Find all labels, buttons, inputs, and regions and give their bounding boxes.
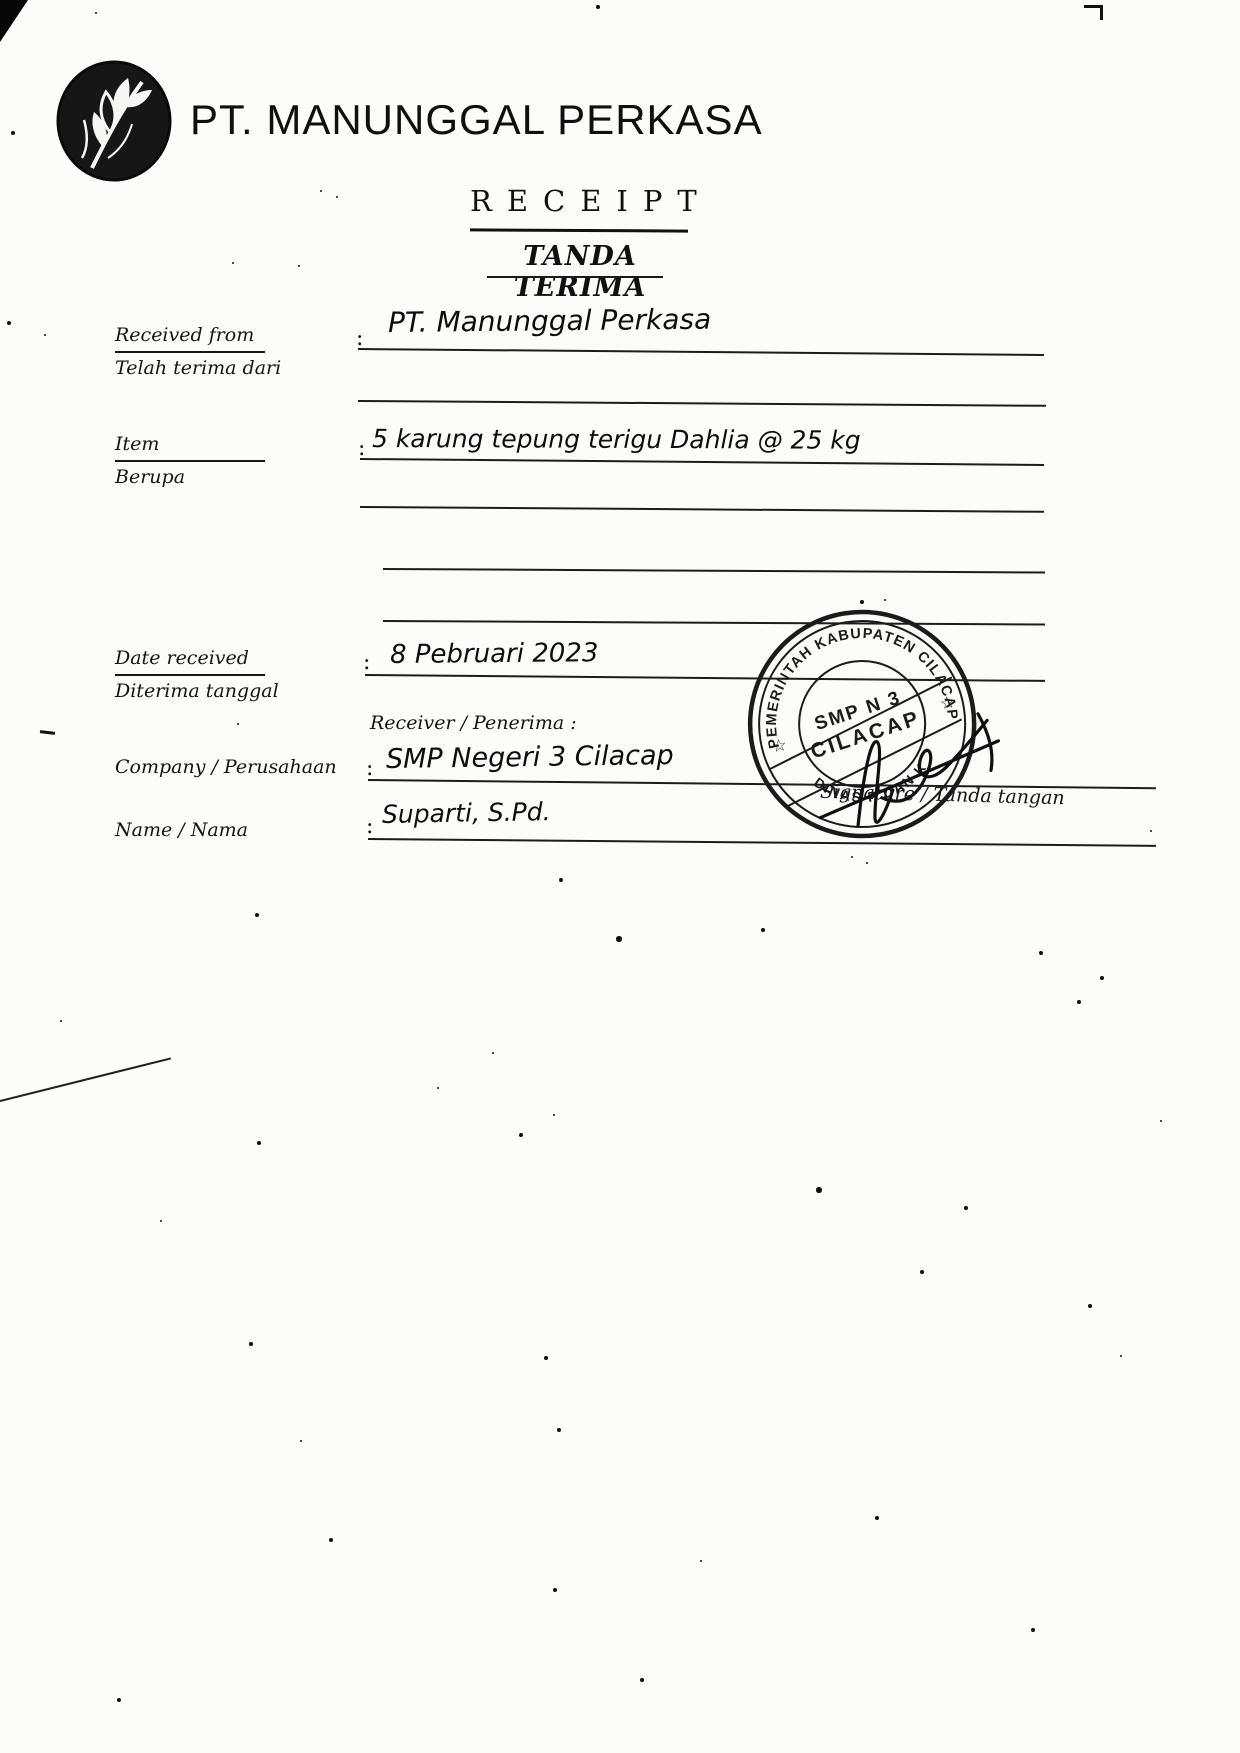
handwriting-received-from: PT. Manunggal Perkasa [388, 303, 711, 339]
receipt-document: PT. MANUNGGAL PERKASA RECEIPT TANDA TERI… [0, 0, 1240, 1753]
line-received-from-1 [358, 348, 1044, 356]
scan-corner-artifact [0, 0, 28, 42]
colon-received-from: : [356, 326, 363, 351]
subtitle-underline [487, 276, 663, 278]
label-company: Company / Perusahaan [115, 757, 337, 779]
stamp-ring-text-bottom: DINAS P DAN K [809, 757, 934, 814]
colon-date-received: : [363, 650, 370, 675]
label-received-from-en: Received from [115, 325, 265, 353]
handwriting-company: SMP Negeri 3 Cilacap [386, 740, 674, 775]
label-item: Item Berupa [115, 434, 265, 489]
scan-fold-line [0, 1057, 171, 1102]
title-underline [470, 228, 688, 232]
handwriting-date-received: 8 Pebruari 2023 [390, 638, 599, 670]
company-name: PT. MANUNGGAL PERKASA [190, 96, 763, 144]
label-date-received-en: Date received [115, 648, 265, 676]
line-item-3 [383, 568, 1045, 573]
svg-text:DINAS P DAN K: DINAS P DAN K [809, 757, 934, 814]
label-item-id: Berupa [115, 467, 265, 489]
label-name: Name / Nama [115, 820, 248, 842]
document-subtitle: TANDA TERIMA [468, 241, 692, 303]
stamp-star-left-icon: ☆ [770, 735, 788, 756]
receiver-heading: Receiver / Penerima : [370, 712, 577, 734]
handwriting-name: Suparti, S.Pd. [382, 797, 551, 829]
line-item-1 [360, 458, 1044, 466]
company-logo-wheat-icon [54, 60, 174, 182]
line-received-from-2 [358, 400, 1046, 407]
scan-dash-mark [40, 730, 55, 735]
stamp-star-right-icon: ☆ [938, 692, 956, 713]
line-item-2 [360, 506, 1044, 513]
official-stamp: PEMERINTAH KABUPATEN CILACAP DINAS P DAN… [725, 579, 1051, 876]
handwriting-item: 5 karung tepung terigu Dahlia @ 25 kg [372, 424, 861, 455]
colon-item: : [358, 436, 365, 461]
scan-specks [0, 0, 2, 2]
label-item-en: Item [115, 434, 265, 462]
label-date-received: Date received Diterima tanggal [115, 648, 279, 703]
label-received-from: Received from Telah terima dari [115, 325, 281, 380]
label-received-from-id: Telah terima dari [115, 358, 281, 380]
document-title: RECEIPT [470, 184, 690, 218]
label-date-received-id: Diterima tanggal [115, 681, 279, 703]
colon-name: : [366, 814, 373, 839]
scan-corner-mark [1084, 5, 1103, 20]
colon-company: : [366, 756, 373, 781]
